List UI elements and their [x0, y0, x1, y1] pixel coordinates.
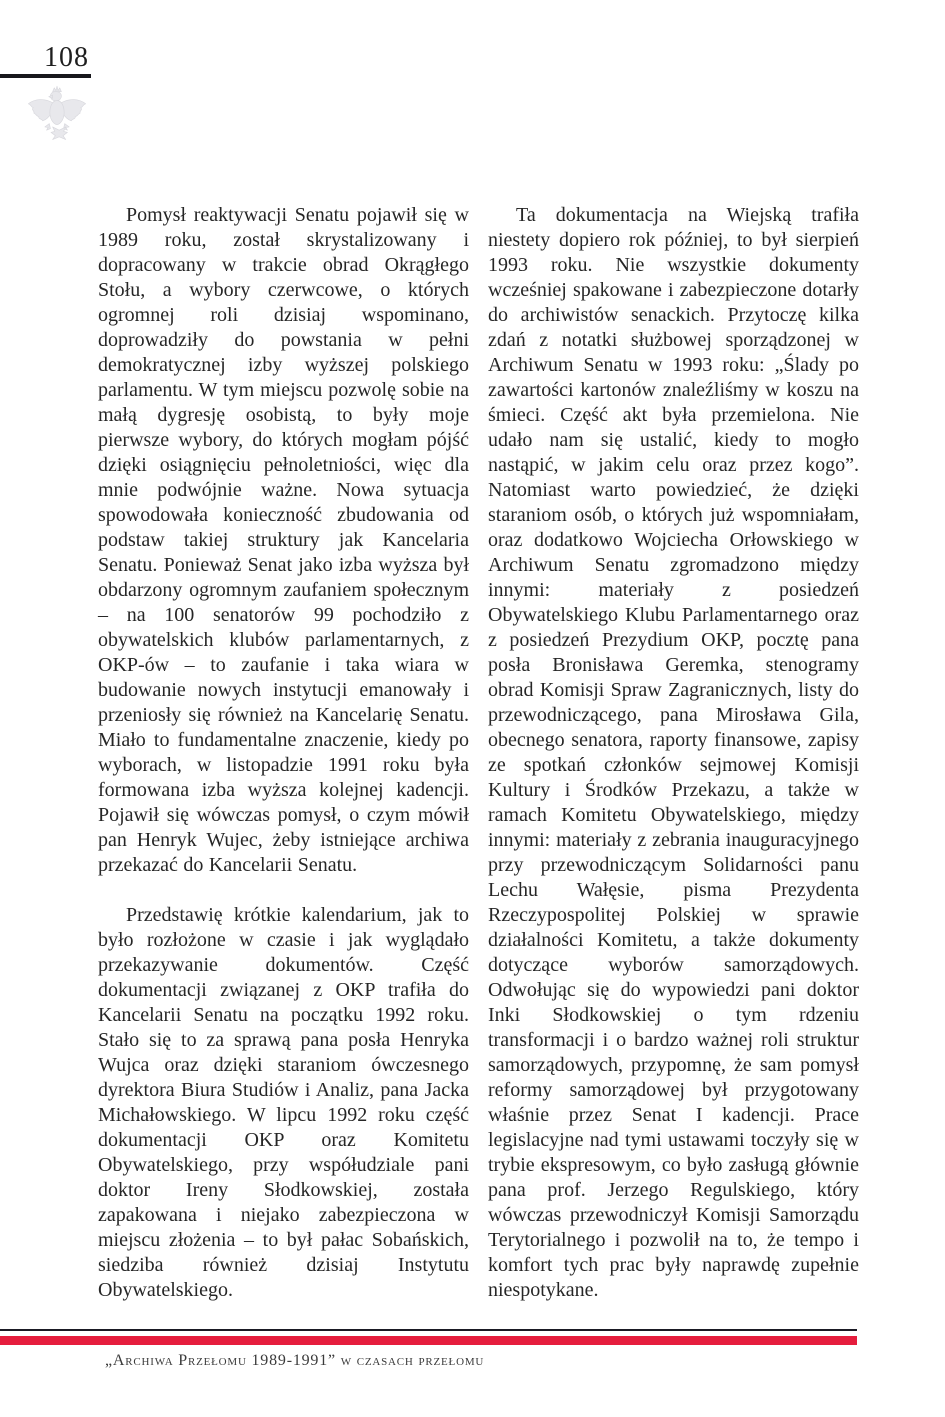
left-column: Pomysł reaktywacji Senatu pojawił się w … [98, 203, 469, 1303]
right-column: Ta dokumentacja na Wiejską trafiła niest… [488, 203, 859, 1303]
article-body: Pomysł reaktywacji Senatu pojawił się w … [98, 203, 859, 1303]
paragraph: Pomysł reaktywacji Senatu pojawił się w … [98, 203, 469, 878]
paragraph: Ta dokumentacja na Wiejską trafiła niest… [488, 203, 859, 1303]
book-page: 108 [0, 0, 945, 1417]
paragraph: Przedstawię krótkie kalendarium, jak to … [98, 903, 469, 1303]
footer-running-title: „Archiwa Przełomu 1989-1991” w czasach p… [105, 1352, 484, 1370]
footer-dark-rule [0, 1329, 857, 1331]
polish-eagle-icon [24, 84, 90, 150]
header-rule [0, 74, 91, 78]
footer-red-stripe [0, 1336, 857, 1345]
page-number: 108 [0, 42, 91, 74]
